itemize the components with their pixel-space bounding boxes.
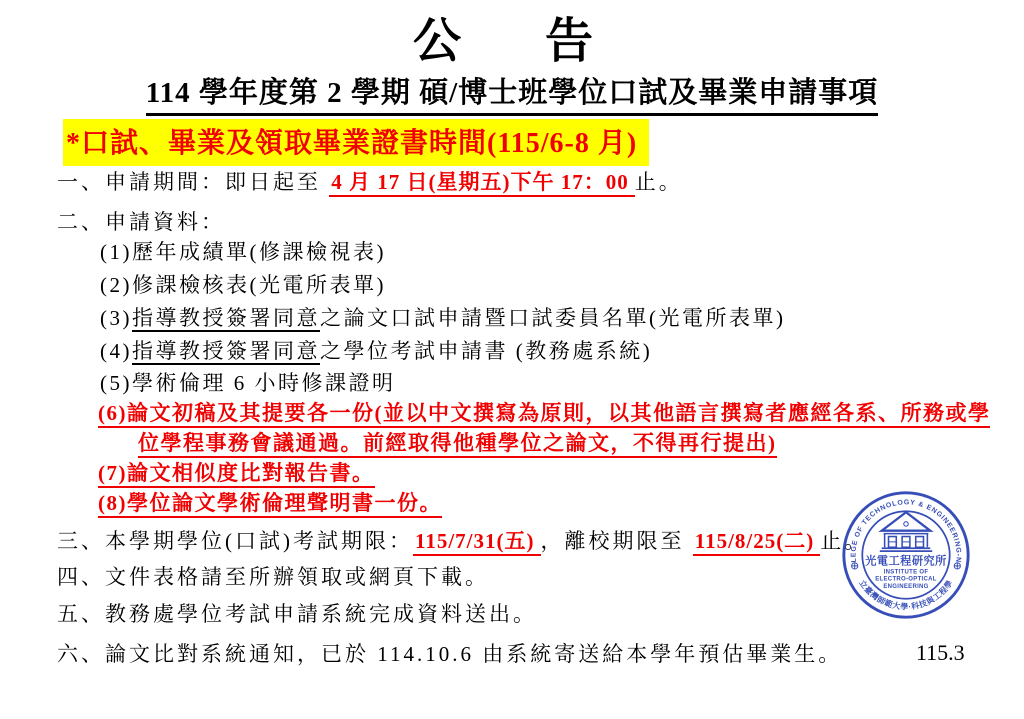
document-version: 115.3	[916, 640, 965, 666]
text-segment: 之學位考試申請書 (教務處系統)	[320, 339, 652, 363]
material-oral-exam-application: (3)指導教授簽署同意之論文口試申請暨口試委員名單(光電所表單)	[100, 302, 786, 332]
advisor-signature-underline: 指導教授簽署同意	[132, 339, 320, 363]
deadline-emphasis: 4 月 17 日(星期五)下午 17：00	[329, 170, 635, 197]
text-segment: (3)	[100, 306, 132, 330]
item-application-materials: 二、申請資料：	[57, 206, 225, 236]
text-segment: (4)	[100, 339, 132, 363]
red-emphasis-segment: (8)學位論文學術倫理聲明書一份。	[98, 491, 442, 518]
announcement-document: 公 告 114 學年度第 2 學期 碩/博士班學位口試及畢業申請事項 *口試、畢…	[0, 0, 1024, 719]
highlight-banner: *口試、畢業及領取畢業證書時間(115/6-8 月)	[63, 119, 649, 166]
material-course-checklist: (2)修課檢核表(光電所表單)	[100, 269, 386, 299]
material-thesis-draft-line1: (6)論文初稿及其提要各一份(並以中文撰寫為原則，以其他語言撰寫者應經各系、所務…	[98, 397, 990, 427]
red-emphasis-segment: (7)論文相似度比對報告書。	[98, 461, 375, 488]
item-similarity-notice: 六、論文比對系統通知，已於 114.10.6 由系統寄送給本學年預估畢業生。	[57, 638, 842, 668]
seal-center-chinese: 光電工程研究所	[865, 554, 947, 568]
announcement-title: 公 告	[0, 2, 1024, 71]
item-application-period: 一、申請期間：即日起至 4 月 17 日(星期五)下午 17：00止。	[57, 166, 683, 196]
material-thesis-draft-line2: 位學程事務會議通過。前經取得他種學位之論文，不得再行提出)	[138, 427, 777, 457]
material-ethics-certificate: (5)學術倫理 6 小時修課證明	[100, 367, 396, 397]
material-ethics-declaration: (8)學位論文學術倫理聲明書一份。	[98, 487, 442, 517]
red-emphasis-segment: (6)論文初稿及其提要各一份(並以中文撰寫為原則，以其他語言撰寫者應經各系、所務…	[98, 401, 990, 428]
exam-deadline-emphasis: 115/7/31(五)	[413, 529, 541, 556]
item-exam-deadline: 三、本學期學位(口試)考試期限：115/7/31(五)，離校期限至 115/8/…	[57, 525, 868, 555]
announcement-subtitle-row: 114 學年度第 2 學期 碩/博士班學位口試及畢業申請事項	[0, 70, 1024, 116]
red-emphasis-segment: 位學程事務會議通過。前經取得他種學位之論文，不得再行提出)	[138, 431, 777, 458]
item-forms-pickup: 四、文件表格請至所辦領取或網頁下載。	[57, 561, 489, 591]
seal-center-english-2: ELECTRO-OPTICAL	[875, 577, 937, 583]
institute-seal: COLLEGE OF TECHNOLOGY & ENGINEERING-NTNU…	[838, 487, 974, 623]
material-transcript: (1)歷年成績單(修課檢視表)	[100, 236, 386, 266]
text-segment: 止。	[635, 170, 683, 194]
announcement-subtitle: 114 學年度第 2 學期 碩/博士班學位口試及畢業申請事項	[146, 70, 878, 116]
seal-center-english-1: INSTITUTE OF	[884, 569, 929, 575]
item-system-submission: 五、教務處學位考試申請系統完成資料送出。	[57, 598, 537, 628]
text-segment: 一、申請期間：即日起至	[57, 170, 329, 194]
seal-center-english-3: ENGINEERING	[883, 584, 928, 590]
advisor-signature-underline: 指導教授簽署同意	[132, 306, 320, 330]
material-degree-exam-application: (4)指導教授簽署同意之學位考試申請書 (教務處系統)	[100, 335, 652, 365]
text-segment: 之論文口試申請暨口試委員名單(光電所表單)	[320, 306, 786, 330]
leave-deadline-emphasis: 115/8/25(二)	[693, 529, 821, 556]
seal-building-icon	[880, 512, 932, 551]
material-similarity-report: (7)論文相似度比對報告書。	[98, 457, 375, 487]
text-segment: 三、本學期學位(口試)考試期限：	[57, 529, 413, 553]
text-segment: ，離校期限至	[541, 529, 693, 553]
